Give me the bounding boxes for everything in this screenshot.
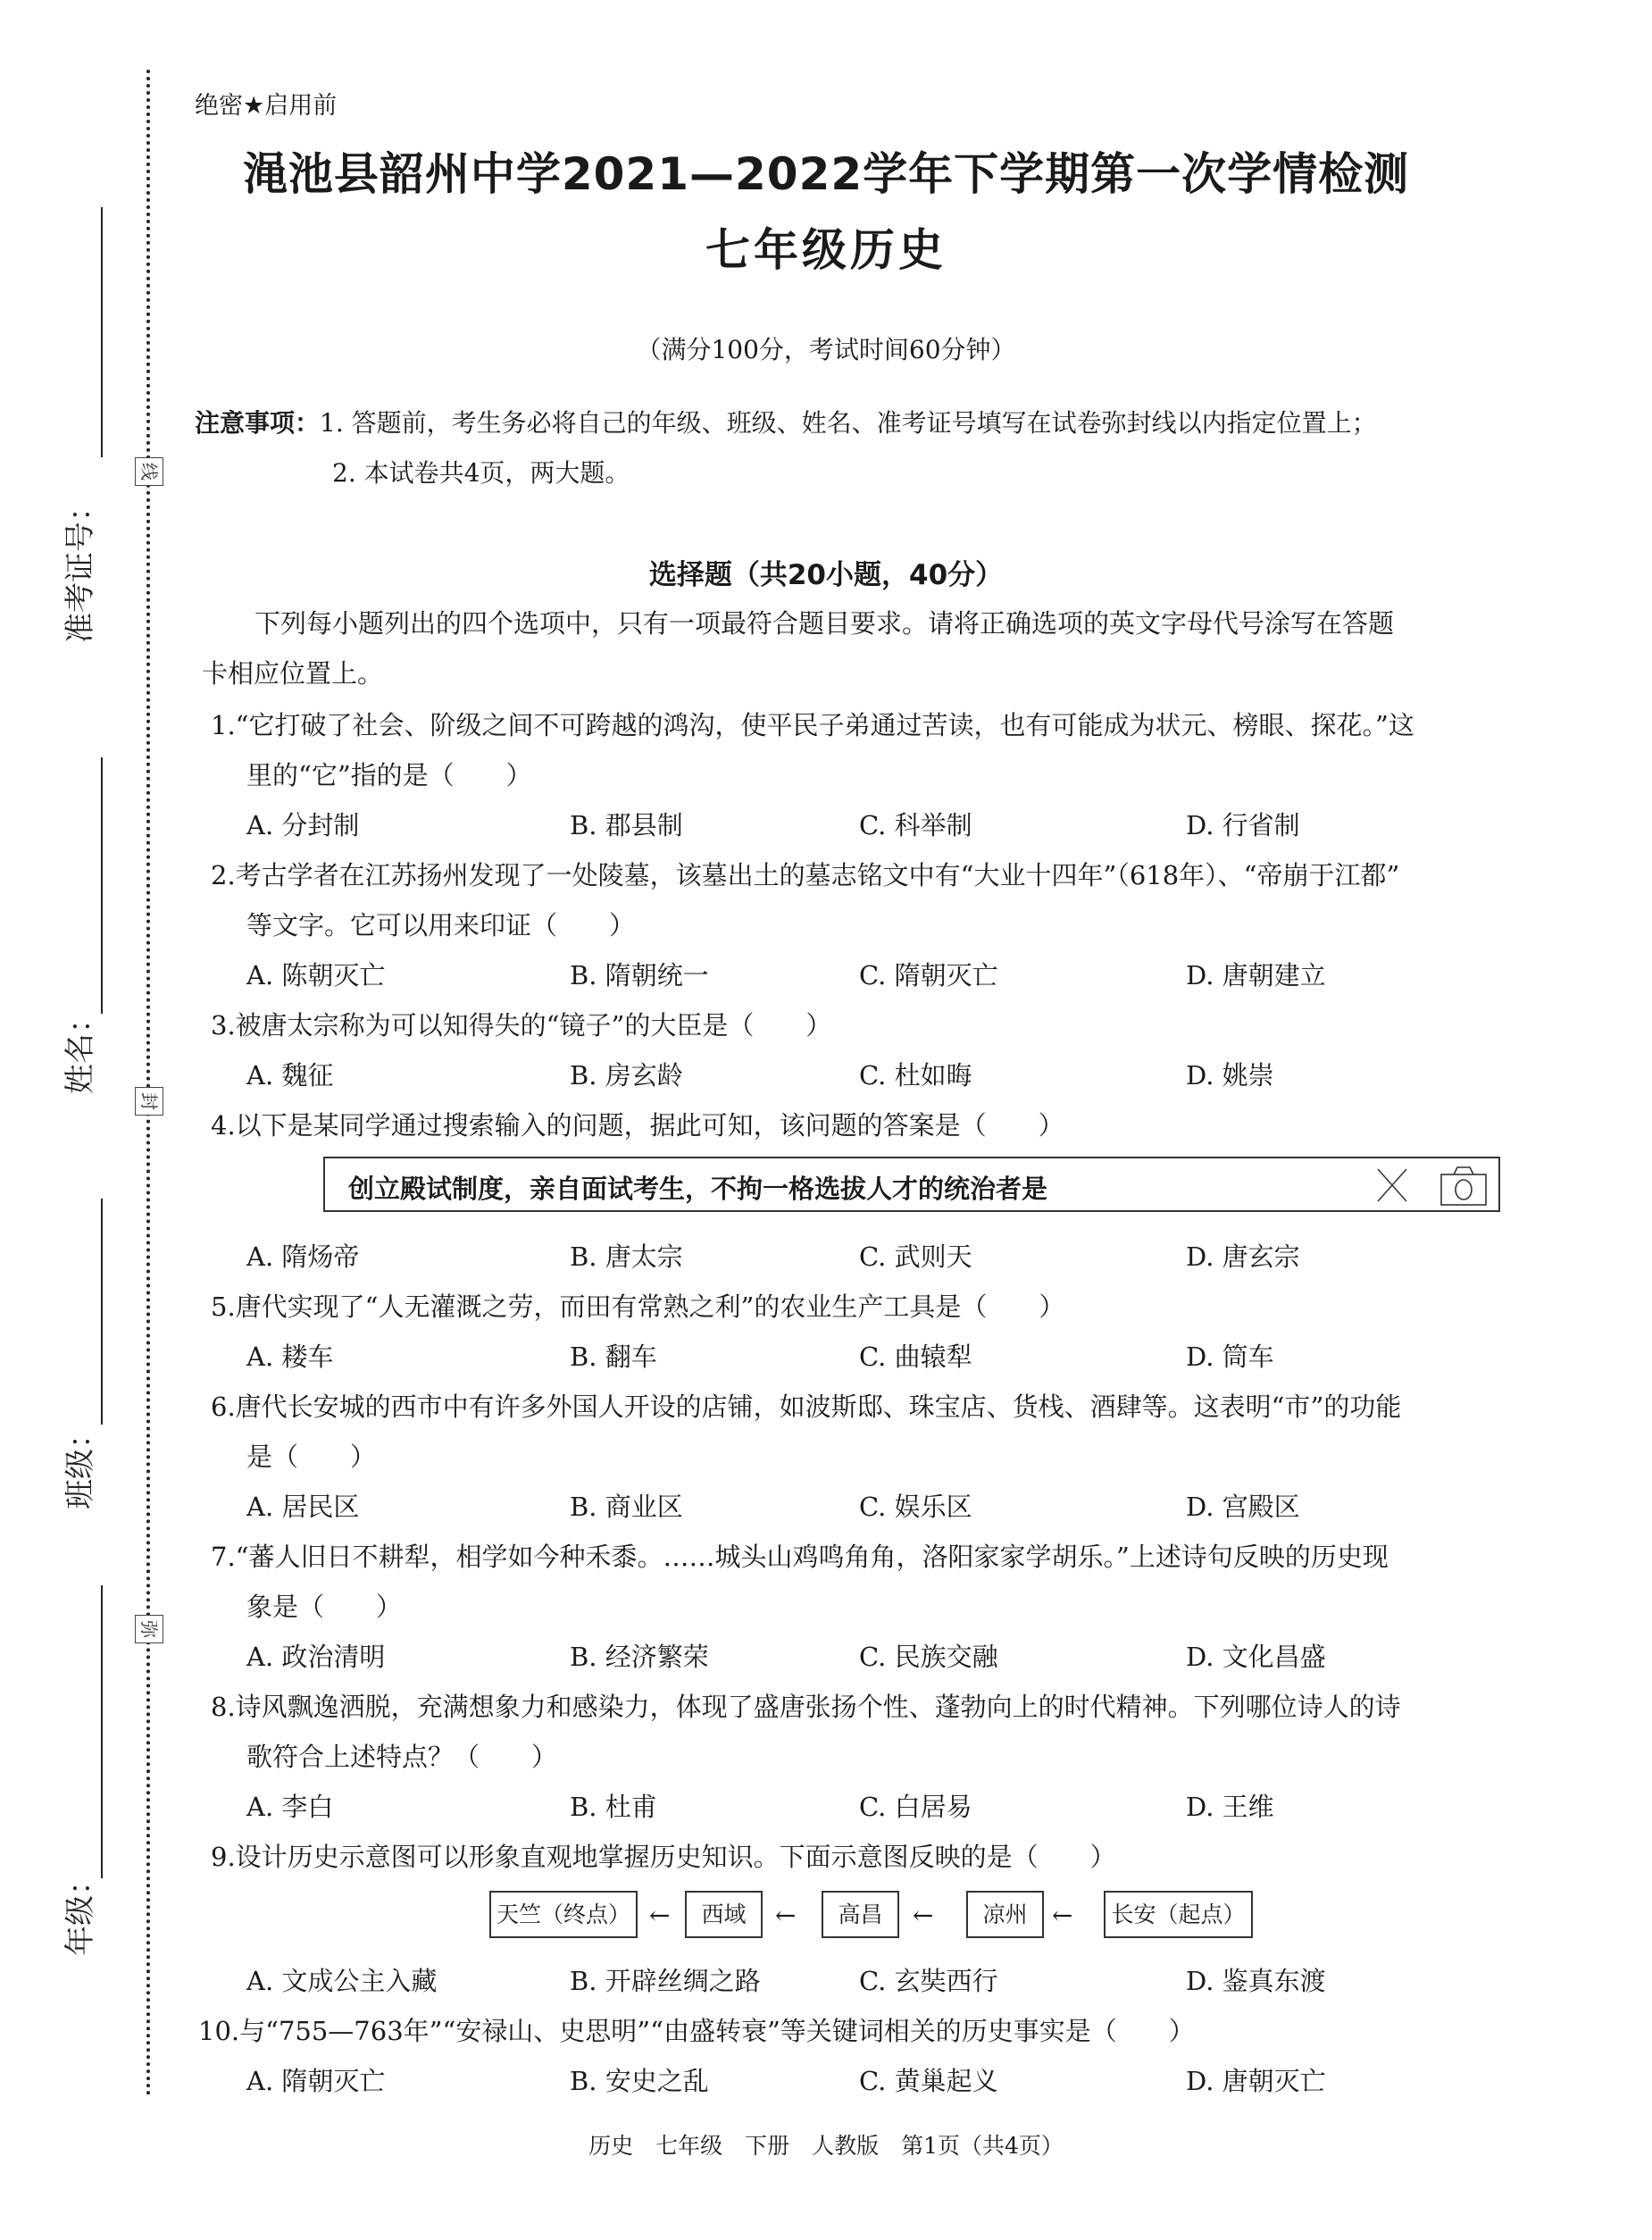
- flow-arrow-icon: ←: [775, 1901, 796, 1930]
- seal-marker-xian: 线: [135, 457, 163, 486]
- section-instruction: 下列每小题列出的四个选项中，只有一项最符合题目要求。请将正确选项的英文字母代号涂…: [254, 604, 1394, 640]
- flow-node-gaochang: 高昌: [822, 1891, 899, 1938]
- q8-option-a[interactable]: A. 李白: [246, 1787, 333, 1824]
- q1-option-c[interactable]: C. 科举制: [859, 806, 972, 842]
- q4-option-c[interactable]: C. 武则天: [859, 1237, 972, 1274]
- q7-option-c[interactable]: C. 民族交融: [859, 1637, 998, 1674]
- question-1: 1.“它打破了社会、阶级之间不可跨越的鸿沟，使平民子弟通过苦读，也有可能成为状元…: [211, 706, 1414, 742]
- q6-option-a[interactable]: A. 居民区: [246, 1487, 359, 1524]
- search-query-text: 创立殿试制度，亲自面试考生，不拘一格选拔人才的统治者是: [348, 1169, 1047, 1206]
- flow-arrow-icon: ←: [1052, 1901, 1072, 1930]
- q1-option-d[interactable]: D. 行省制: [1186, 806, 1300, 842]
- question-10: 10.与“755—763年”“安禄山、史思明”“由盛转衰”等关键词相关的历史事实…: [198, 2011, 1195, 2048]
- q3-option-d[interactable]: D. 姚崇: [1186, 1056, 1274, 1092]
- q3-option-a[interactable]: A. 魏征: [246, 1056, 333, 1092]
- q2-option-a[interactable]: A. 陈朝灭亡: [246, 956, 385, 992]
- q8-option-c[interactable]: C. 白居易: [859, 1787, 972, 1824]
- grade-fill-line[interactable]: [101, 1585, 103, 1878]
- class-label: 班级：: [55, 1418, 99, 1509]
- q2-option-c[interactable]: C. 隋朝灭亡: [859, 956, 998, 992]
- q6-option-d[interactable]: D. 宫殿区: [1186, 1487, 1300, 1524]
- question-8-cont: 歌符合上述特点？（ ）: [246, 1737, 557, 1774]
- q9-option-b[interactable]: B. 开辟丝绸之路: [570, 1961, 761, 1998]
- q4-option-d[interactable]: D. 唐玄宗: [1186, 1237, 1300, 1274]
- question-6: 6.唐代长安城的西市中有许多外国人开设的店铺，如波斯邸、珠宝店、货栈、酒肆等。这…: [211, 1387, 1401, 1424]
- q4-option-b[interactable]: B. 唐太宗: [570, 1237, 683, 1274]
- question-2: 2.考古学者在江苏扬州发现了一处陵墓，该墓出土的墓志铭文中有“大业十四年”（61…: [211, 856, 1399, 892]
- q4-option-a[interactable]: A. 隋炀帝: [246, 1237, 359, 1274]
- section-instruction-cont: 卡相应位置上。: [202, 654, 383, 690]
- question-7: 7.“蕃人旧日不耕犁，相学如今种禾黍。……城头山鸡鸣角角，洛阳家家学胡乐。”上述…: [211, 1537, 1389, 1574]
- flow-node-liangzhou: 凉州: [966, 1891, 1044, 1938]
- q6-option-c[interactable]: C. 娱乐区: [859, 1487, 972, 1524]
- exam-title: 渑池县韶州中学2021—2022学年下学期第一次学情检测: [0, 138, 1652, 203]
- notice-label: 注意事项：: [195, 408, 320, 438]
- q8-option-b[interactable]: B. 杜甫: [570, 1787, 657, 1824]
- notice-item-2: 2. 本试卷共4页，两大题。: [332, 454, 630, 489]
- close-icon: [1374, 1166, 1410, 1205]
- camera-icon: [1439, 1164, 1488, 1207]
- question-6-cont: 是（ ）: [246, 1437, 376, 1474]
- flow-node-tianzhu: 天竺（终点）: [489, 1891, 638, 1938]
- seal-dotted-line: [146, 70, 150, 2097]
- q9-option-c[interactable]: C. 玄奘西行: [859, 1961, 998, 1998]
- q6-option-b[interactable]: B. 商业区: [570, 1487, 683, 1524]
- section-title: 选择题（共20小题，40分）: [0, 552, 1652, 592]
- q10-option-a[interactable]: A. 隋朝灭亡: [246, 2061, 385, 2098]
- q8-option-d[interactable]: D. 王维: [1186, 1787, 1274, 1824]
- question-2-cont: 等文字。它可以用来印证（ ）: [246, 906, 635, 942]
- q1-option-b[interactable]: B. 郡县制: [570, 806, 683, 842]
- question-7-cont: 象是（ ）: [246, 1587, 402, 1624]
- q3-option-b[interactable]: B. 房玄龄: [570, 1056, 683, 1092]
- q5-option-b[interactable]: B. 翻车: [570, 1337, 657, 1374]
- q1-option-a[interactable]: A. 分封制: [246, 806, 359, 842]
- question-8: 8.诗风飘逸洒脱，充满想象力和感染力，体现了盛唐张扬个性、蓬勃向上的时代精神。下…: [211, 1687, 1401, 1724]
- search-box-illustration: 创立殿试制度，亲自面试考生，不拘一格选拔人才的统治者是: [323, 1157, 1500, 1212]
- score-info: （满分100分，考试时间60分钟）: [0, 330, 1652, 366]
- q2-option-b[interactable]: B. 隋朝统一: [570, 956, 709, 992]
- q3-option-c[interactable]: C. 杜如晦: [859, 1056, 972, 1092]
- question-1-cont: 里的“它”指的是（ ）: [246, 756, 532, 792]
- q10-option-c[interactable]: C. 黄巢起义: [859, 2061, 998, 2098]
- name-label: 姓名：: [55, 1003, 99, 1094]
- exam-subtitle: 七年级历史: [0, 214, 1652, 279]
- seal-marker-feng: 封: [135, 1087, 163, 1116]
- flow-node-changan: 长安（起点）: [1104, 1891, 1253, 1938]
- q5-option-d[interactable]: D. 筒车: [1186, 1337, 1274, 1374]
- secret-mark: 绝密★启用前: [195, 86, 337, 121]
- q5-option-c[interactable]: C. 曲辕犁: [859, 1337, 972, 1374]
- question-5: 5.唐代实现了“人无灌溉之劳，而田有常熟之利”的农业生产工具是（ ）: [211, 1287, 1064, 1324]
- page-footer: 历史 七年级 下册 人教版 第1页（共4页）: [0, 2128, 1652, 2161]
- flow-arrow-icon: ←: [649, 1901, 670, 1930]
- flow-arrow-icon: ←: [913, 1901, 933, 1930]
- question-4: 4.以下是某同学通过搜索输入的问题，据此可知，该问题的答案是（ ）: [211, 1106, 1064, 1142]
- question-9: 9.设计历史示意图可以形象直观地掌握历史知识。下面示意图反映的是（ ）: [211, 1837, 1116, 1874]
- grade-label: 年级：: [55, 1865, 99, 1956]
- q5-option-a[interactable]: A. 耧车: [246, 1337, 333, 1374]
- notice-item-1: 注意事项：1. 答题前，考生务必将自己的年级、班级、姓名、准考证号填写在试卷弥封…: [195, 404, 1377, 439]
- name-fill-line[interactable]: [101, 757, 103, 1014]
- class-fill-line[interactable]: [101, 1199, 103, 1425]
- q7-option-d[interactable]: D. 文化昌盛: [1186, 1637, 1326, 1674]
- q9-option-a[interactable]: A. 文成公主入藏: [246, 1961, 437, 1998]
- q7-option-a[interactable]: A. 政治清明: [246, 1637, 385, 1674]
- flow-node-xiyu: 西域: [685, 1891, 763, 1938]
- q9-option-d[interactable]: D. 鉴真东渡: [1186, 1961, 1326, 1998]
- seal-marker-mi: 弥: [135, 1615, 163, 1643]
- q7-option-b[interactable]: B. 经济繁荣: [570, 1637, 709, 1674]
- q10-option-b[interactable]: B. 安史之乱: [570, 2061, 709, 2098]
- q10-option-d[interactable]: D. 唐朝灭亡: [1186, 2061, 1326, 2098]
- question-3: 3.被唐太宗称为可以知得失的“镜子”的大臣是（ ）: [211, 1006, 831, 1042]
- q2-option-d[interactable]: D. 唐朝建立: [1186, 956, 1326, 992]
